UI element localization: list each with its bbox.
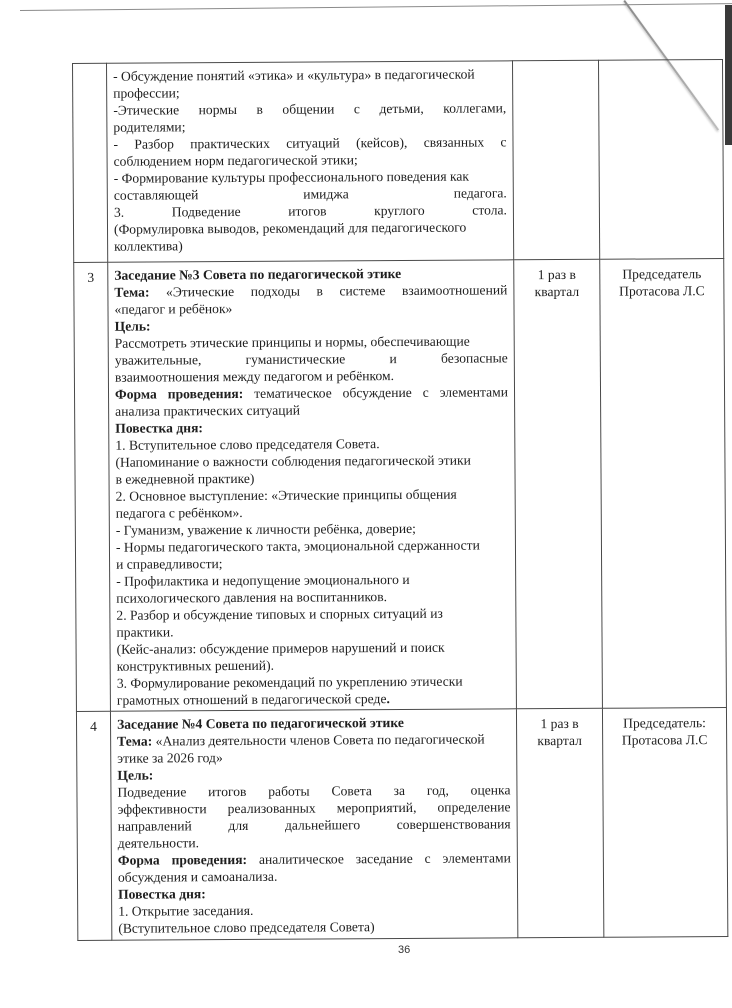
responsible-role: Председатель	[600, 265, 723, 283]
form-text: тематическое обсуждение с элементами	[243, 384, 508, 401]
agenda-period: .	[386, 691, 389, 706]
row-number-cell	[73, 63, 108, 262]
content-cell: - Обсуждение понятий «этика» и «культура…	[107, 61, 514, 262]
table-row: 4 Заседание №4 Совета по педагогической …	[76, 708, 727, 941]
content-line: - Разбор практических ситуаций (кейсов),…	[113, 133, 506, 152]
responsible-cell: Председатель Протасова Л.С	[600, 259, 727, 709]
theme-line: Тема: «Этические подходы в системе взаим…	[114, 281, 507, 300]
table-row: - Обсуждение понятий «этика» и «культура…	[73, 60, 724, 263]
theme-line: Тема: «Анализ деятельности членов Совета…	[117, 730, 510, 749]
theme-text: «Этические подходы в системе взаимоотнош…	[149, 282, 507, 299]
content-line: (Формулировка выводов, рекомендаций для …	[114, 218, 507, 237]
theme-text: «Анализ деятельности членов Совета по пе…	[152, 731, 485, 748]
responsible-name: Протасова Л.С	[603, 731, 726, 749]
content-cell: Заседание №3 Совета по педагогической эт…	[108, 260, 517, 711]
form-label: Форма проведения:	[115, 386, 243, 402]
period-text: квартал	[514, 283, 599, 301]
agenda-item: - Нормы педагогического такта, эмоционал…	[116, 536, 509, 555]
page-number: 36	[398, 944, 410, 956]
period-text: квартал	[517, 732, 602, 750]
theme-label: Тема:	[117, 734, 152, 749]
content-line: - Обсуждение понятий «этика» и «культура…	[113, 65, 506, 84]
agenda-text: грамотных отношений в педагогической сре…	[117, 691, 387, 708]
period-cell	[512, 60, 599, 260]
agenda-item: (Вступительное слово председателя Совета…	[118, 917, 511, 936]
responsible-cell: Председатель: Протасова Л.С	[602, 708, 727, 938]
period-text: 1 раз в	[514, 266, 599, 284]
responsible-cell	[598, 60, 723, 260]
content-cell: Заседание №4 Совета по педагогической эт…	[110, 709, 517, 940]
goal-line: направлений для дальнейшего совершенство…	[118, 815, 511, 834]
agenda-item: (Напоминание о важности соблюдения педаг…	[115, 451, 508, 470]
scan-shadow	[725, 5, 732, 145]
row-number-cell: 4	[76, 711, 111, 940]
responsible-name: Протасова Л.С	[600, 282, 723, 300]
period-cell: 1 раз в квартал	[516, 708, 603, 938]
agenda-item: грамотных отношений в педагогической сре…	[117, 689, 510, 708]
content-line: коллектива)	[114, 235, 507, 254]
theme-label: Тема:	[114, 285, 149, 300]
row-number-cell: 3	[74, 262, 111, 711]
form-line: Форма проведения: аналитическое заседани…	[118, 849, 511, 868]
content-line: -Этические нормы в общении с детьми, кол…	[113, 99, 506, 118]
goal-line: уважительные, гуманистические и безопасн…	[115, 349, 508, 368]
table-row: 3 Заседание №3 Совета по педагогической …	[74, 259, 727, 712]
agenda-item: 3. Формулирование рекомендаций по укрепл…	[117, 672, 510, 691]
period-text: 1 раз в	[517, 715, 602, 733]
agenda-item: 2. Основное выступление: «Этические прин…	[116, 485, 509, 504]
form-text: аналитическое заседание с элементами	[247, 850, 511, 867]
responsible-role: Председатель:	[603, 714, 726, 732]
plan-table: - Обсуждение понятий «этика» и «культура…	[72, 59, 728, 941]
form-label: Форма проведения:	[118, 852, 247, 868]
form-line: Форма проведения: тематическое обсуждени…	[115, 383, 508, 402]
period-cell: 1 раз в квартал	[514, 259, 603, 709]
